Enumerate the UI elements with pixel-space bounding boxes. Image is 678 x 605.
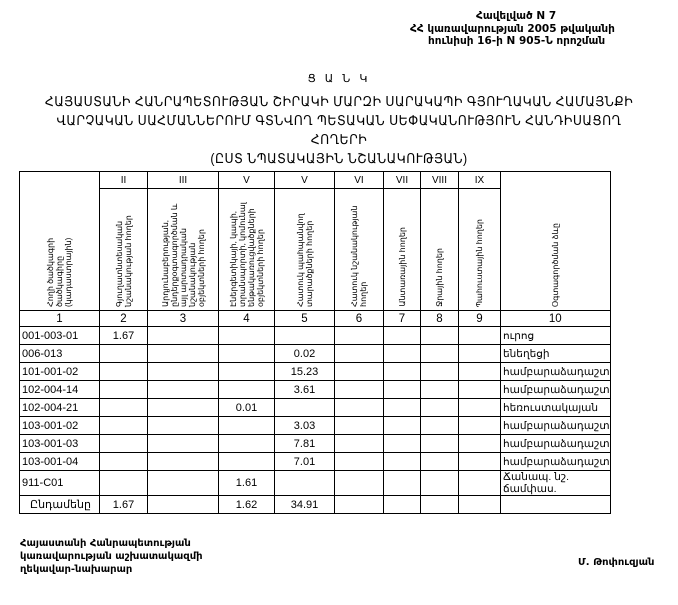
roman-header: VII [384, 172, 421, 189]
col-header-7: Անտառային հողեր [384, 189, 421, 311]
area-cell [148, 363, 219, 381]
area-cell [335, 435, 384, 453]
area-cell [459, 363, 501, 381]
title-line: ՀԱՅԱՍՏԱՆԻ ՀԱՆՐԱՊԵՏՈՒԹՅԱՆ ՇԻՐԱԿԻ ՄԱՐԶԻ ՍԱ… [27, 92, 651, 111]
area-cell [384, 345, 421, 363]
area-cell: 3.61 [275, 381, 335, 399]
area-cell [100, 381, 148, 399]
signatory-name: Մ. Թոփուզյան [578, 557, 654, 568]
area-cell [148, 435, 219, 453]
col-header-text: Պահուստային հողեր [475, 216, 484, 310]
area-cell [459, 345, 501, 363]
col-header-2: Գյուղատնտեսական նշանակության հողեր [100, 189, 148, 311]
parcel-code: 102-004-14 [20, 381, 100, 399]
column-number: 10 [501, 311, 611, 327]
area-cell [335, 363, 384, 381]
area-cell: 1.67 [100, 496, 148, 514]
annex-line: Հավելված N 7 [400, 10, 678, 23]
area-cell [335, 453, 384, 471]
area-cell [219, 417, 275, 435]
area-cell [421, 381, 459, 399]
area-cell [384, 496, 421, 514]
area-cell: 1.67 [100, 327, 148, 345]
area-cell [148, 381, 219, 399]
total-row: Ընդամենը1.671.6234.91 [20, 496, 611, 514]
column-number: 7 [384, 311, 421, 327]
annex-line: ՀՀ կառավարության 2005 թվականի [400, 23, 678, 36]
parcel-code: 911-C01 [20, 471, 100, 496]
area-cell [384, 327, 421, 345]
area-cell [421, 399, 459, 417]
parcel-code: 103-001-04 [20, 453, 100, 471]
column-number: 4 [219, 311, 275, 327]
area-cell [384, 471, 421, 496]
column-number: 1 [20, 311, 100, 327]
area-cell [335, 381, 384, 399]
area-cell [148, 417, 219, 435]
table-row: 006-0130.02ենեղեցի [20, 345, 611, 363]
col-header-text: Հատուկ պահպանվող տարածքների հողեր [296, 189, 314, 310]
area-cell [421, 435, 459, 453]
column-number: 9 [459, 311, 501, 327]
area-cell [148, 345, 219, 363]
area-cell [219, 327, 275, 345]
parcel-code: 102-004-21 [20, 399, 100, 417]
table-row: 102-004-210.01հեռուստակայան [20, 399, 611, 417]
area-cell [148, 471, 219, 496]
area-cell [100, 435, 148, 453]
col-header-9: Պահուստային հողեր [459, 189, 501, 311]
table-body: 001-003-011.67ուրոց006-0130.02ենեղեցի101… [20, 327, 611, 514]
signatory-line: ղեկավար-նախարար [20, 563, 203, 576]
area-cell: 34.91 [275, 496, 335, 514]
signatory-title: Հայաստանի Հանրապետության կառավարության ա… [20, 537, 203, 576]
area-cell [219, 435, 275, 453]
roman-header: VIII [421, 172, 459, 189]
area-cell [384, 417, 421, 435]
column-number-row: 1 2 3 4 5 6 7 8 9 10 [20, 311, 611, 327]
area-cell [219, 453, 275, 471]
area-cell [421, 363, 459, 381]
table-row: 911-C011.61Ճանապ. նշ. ճամփաս. [20, 471, 611, 496]
col-header-text: Գյուղատնտեսական նշանակության հողեր [115, 189, 133, 310]
col-header-text: Օգտագործման ձևը [551, 220, 560, 310]
parcel-code: 006-013 [20, 345, 100, 363]
area-cell [459, 381, 501, 399]
land-use-cell: համբարաձադաշտ [501, 453, 611, 471]
area-cell [335, 496, 384, 514]
table-row: 102-004-143.61համբարաձադաշտ [20, 381, 611, 399]
area-cell [148, 399, 219, 417]
area-cell [100, 471, 148, 496]
col-header-text: Հողի ծածկագրի ծածկագիրը (կադաստրային) [46, 186, 73, 310]
area-cell [421, 417, 459, 435]
area-cell [459, 496, 501, 514]
col-header-1: Հողի ծածկագրի ծածկագիրը (կադաստրային) [20, 172, 100, 311]
land-use-cell: Ճանապ. նշ. ճամփաս. [501, 471, 611, 496]
area-cell [384, 435, 421, 453]
col-header-text: Արդյունաբերության, ընդերքօգտագործման և ա… [161, 189, 206, 310]
area-cell [219, 381, 275, 399]
area-cell [219, 345, 275, 363]
area-cell [421, 327, 459, 345]
area-cell [148, 453, 219, 471]
area-cell [421, 496, 459, 514]
area-cell [459, 453, 501, 471]
area-cell [335, 399, 384, 417]
col-header-3: Արդյունաբերության, ընդերքօգտագործման և ա… [148, 189, 219, 311]
table-row: 103-001-047.01համբարաձադաշտ [20, 453, 611, 471]
table-row: 001-003-011.67ուրոց [20, 327, 611, 345]
roman-header: V [219, 172, 275, 189]
area-cell [384, 453, 421, 471]
area-cell [459, 435, 501, 453]
area-cell [421, 453, 459, 471]
area-cell: 15.23 [275, 363, 335, 381]
area-cell [421, 471, 459, 496]
area-cell [100, 399, 148, 417]
land-use-cell: համբարաձադաշտ [501, 381, 611, 399]
area-cell [335, 471, 384, 496]
title-heading: Ց Ա Ն Կ [0, 70, 678, 89]
land-use-cell: հեռուստակայան [501, 399, 611, 417]
area-cell [459, 417, 501, 435]
area-cell [275, 327, 335, 345]
area-cell [275, 399, 335, 417]
area-cell [100, 417, 148, 435]
area-cell: 7.01 [275, 453, 335, 471]
column-number: 8 [421, 311, 459, 327]
parcel-code: 103-001-03 [20, 435, 100, 453]
col-header-6: Հատուկ նշանակության հողեր [335, 189, 384, 311]
area-cell [459, 327, 501, 345]
table-row: 101-001-0215.23համբարաձադաշտ [20, 363, 611, 381]
area-cell [100, 363, 148, 381]
area-cell [275, 471, 335, 496]
col-header-text: Էներգետիկայի, կապի, տրանսպորտի, կոմունալ… [229, 189, 265, 310]
column-number: 5 [275, 311, 335, 327]
land-use-cell: համբարաձադաշտ [501, 417, 611, 435]
area-cell: 1.62 [219, 496, 275, 514]
land-table: Հողի ծածկագրի ծածկագիրը (կադաստրային) II… [19, 171, 611, 514]
area-cell [148, 496, 219, 514]
total-label: Ընդամենը [20, 496, 100, 514]
annex-reference: Հավելված N 7 ՀՀ կառավարության 2005 թվակա… [400, 10, 678, 48]
signatory-line: կառավարության աշխատակազմի [20, 550, 203, 563]
table-row: 103-001-037.81համբարաձադաշտ [20, 435, 611, 453]
annex-line: հունիսի 16-ի N 905-Ն որոշման [400, 35, 678, 48]
parcel-code: 103-001-02 [20, 417, 100, 435]
area-cell [100, 345, 148, 363]
parcel-code: 101-001-02 [20, 363, 100, 381]
parcel-code: 001-003-01 [20, 327, 100, 345]
area-cell [459, 399, 501, 417]
area-cell [384, 399, 421, 417]
area-cell: 7.81 [275, 435, 335, 453]
area-cell [421, 345, 459, 363]
document-title: Ց Ա Ն Կ ՀԱՅԱՍՏԱՆԻ ՀԱՆՐԱՊԵՏՈՒԹՅԱՆ ՇԻՐԱԿԻ … [0, 70, 678, 168]
area-cell [100, 453, 148, 471]
area-cell [219, 363, 275, 381]
col-header-5: Հատուկ պահպանվող տարածքների հողեր [275, 189, 335, 311]
area-cell [384, 381, 421, 399]
area-cell: 0.02 [275, 345, 335, 363]
col-header-text: Հատուկ նշանակության հողեր [350, 189, 368, 310]
col-header-10: Օգտագործման ձևը [501, 172, 611, 311]
area-cell [384, 363, 421, 381]
column-number: 3 [148, 311, 219, 327]
land-use-cell [501, 496, 611, 514]
col-header-8: Ջրային հողեր [421, 189, 459, 311]
table-row: 103-001-023.03համբարաձադաշտ [20, 417, 611, 435]
area-cell [335, 345, 384, 363]
land-use-cell: համբարաձադաշտ [501, 363, 611, 381]
roman-header: VI [335, 172, 384, 189]
area-cell [335, 417, 384, 435]
area-cell: 3.03 [275, 417, 335, 435]
area-cell [459, 471, 501, 496]
area-cell [148, 327, 219, 345]
col-header-text: Ջրային հողեր [435, 245, 444, 310]
col-header-4: Էներգետիկայի, կապի, տրանսպորտի, կոմունալ… [219, 189, 275, 311]
roman-header-row: Հողի ծածկագրի ծածկագիրը (կադաստրային) II… [20, 172, 611, 189]
roman-header: IX [459, 172, 501, 189]
land-use-cell: ենեղեցի [501, 345, 611, 363]
land-use-cell: ուրոց [501, 327, 611, 345]
title-line: (ԸՍՏ ՆՊԱՏԱԿԱՅԻՆ ՆՇԱՆԱԿՈՒԹՅԱՆ) [27, 149, 651, 168]
roman-header: V [275, 172, 335, 189]
column-number: 6 [335, 311, 384, 327]
signatory-line: Հայաստանի Հանրապետության [20, 537, 203, 550]
area-cell [335, 327, 384, 345]
roman-header: II [100, 172, 148, 189]
area-cell: 1.61 [219, 471, 275, 496]
area-cell: 0.01 [219, 399, 275, 417]
column-number: 2 [100, 311, 148, 327]
roman-header: III [148, 172, 219, 189]
title-line: ՎԱՐՉԱԿԱՆ ՍԱՀՄԱՆՆԵՐՈՒՄ ԳՏՆՎՈՂ ՊԵՏԱԿԱՆ ՍԵՓ… [27, 111, 651, 149]
col-header-text: Անտառային հողեր [398, 224, 407, 310]
land-use-cell: համբարաձադաշտ [501, 435, 611, 453]
